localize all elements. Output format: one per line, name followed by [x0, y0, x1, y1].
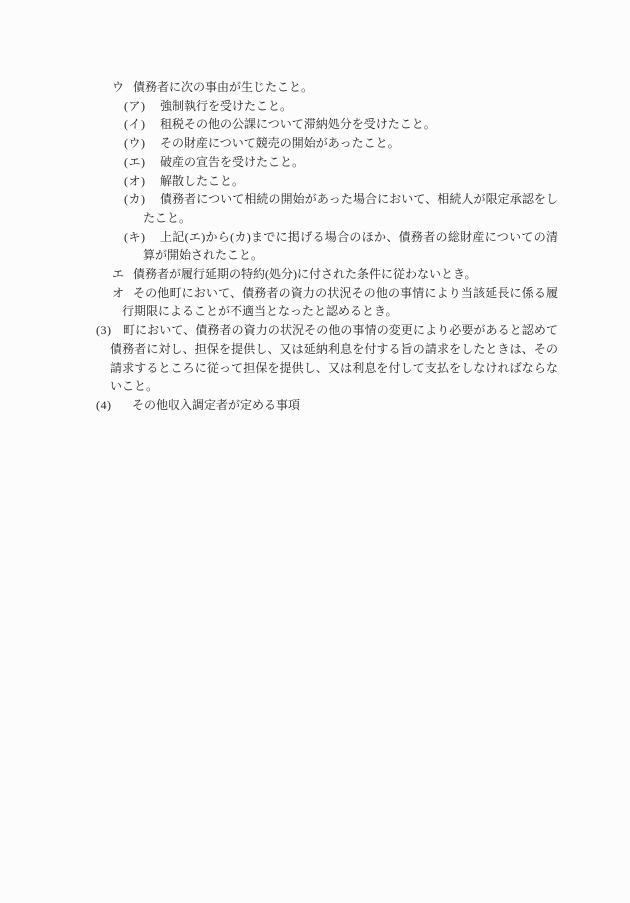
document-line: (4)その他収入調定者が定める事項: [0, 396, 630, 415]
line-label: (ア): [124, 97, 146, 116]
document-line: (エ)破産の宣告を受けたこと。: [0, 153, 630, 172]
line-label: (ウ): [124, 134, 146, 153]
line-text: 租税その他の公課について滞納処分を受けたこと。: [160, 115, 436, 134]
line-text: その財産について競売の開始があったこと。: [160, 134, 400, 153]
line-label: (オ): [124, 172, 146, 191]
line-text: 債務者に対し、担保を提供し、又は延納利息を付する旨の請求をしたときは、その: [110, 340, 558, 359]
line-text: いこと。: [110, 377, 158, 396]
document-line: たこと。: [0, 209, 630, 228]
document-page: ウ債務者に次の事由が生じたこと。(ア)強制執行を受けたこと。(イ)租税その他の公…: [0, 0, 630, 903]
line-text: 行期限によることが不適当となったと認めるとき。: [122, 302, 398, 321]
line-label: (イ): [124, 115, 146, 134]
document-line: (オ)解散したこと。: [0, 172, 630, 191]
document-line: いこと。: [0, 377, 630, 396]
line-text: 債務者について相続の開始があった場合において、相続人が限定承認をし: [160, 190, 558, 209]
document-line: エ債務者が履行延期の特約(処分)に付された条件に従わないとき。: [0, 265, 630, 284]
document-line: ウ債務者に次の事由が生じたこと。: [0, 78, 630, 97]
line-label: (キ): [124, 228, 146, 247]
document-line: 行期限によることが不適当となったと認めるとき。: [0, 302, 630, 321]
document-line: (カ)債務者について相続の開始があった場合において、相続人が限定承認をし: [0, 190, 630, 209]
line-label: (4): [96, 396, 112, 415]
line-text: その他収入調定者が定める事項: [132, 396, 300, 415]
line-text: 町において、債務者の資力の状況その他の事情の変更により必要があると認めて: [123, 321, 558, 340]
document-line: オその他町において、債務者の資力の状況その他の事情により当該延長に係る履: [0, 284, 630, 303]
line-text: 破産の宣告を受けたこと。: [160, 153, 304, 172]
document-line: 請求するところに従って担保を提供し、又は利息を付して支払をしなければならな: [0, 359, 630, 378]
line-label: (カ): [124, 190, 146, 209]
document-line: (ア)強制執行を受けたこと。: [0, 97, 630, 116]
line-text: 請求するところに従って担保を提供し、又は利息を付して支払をしなければならな: [110, 359, 558, 378]
line-label: ウ: [112, 78, 125, 97]
line-text: 債務者に次の事由が生じたこと。: [133, 78, 313, 97]
line-text: 上記(エ)から(カ)までに掲げる場合のほか、債務者の総財産についての清: [160, 228, 558, 247]
line-text: 算が開始されたこと。: [143, 246, 263, 265]
line-text: その他町において、債務者の資力の状況その他の事情により当該延長に係る履: [133, 284, 558, 303]
document-line: 債務者に対し、担保を提供し、又は延納利息を付する旨の請求をしたときは、その: [0, 340, 630, 359]
line-label: オ: [112, 284, 125, 303]
document-line: (キ)上記(エ)から(カ)までに掲げる場合のほか、債務者の総財産についての清: [0, 228, 630, 247]
document-line: (3)町において、債務者の資力の状況その他の事情の変更により必要があると認めて: [0, 321, 630, 340]
line-text: 解散したこと。: [160, 172, 244, 191]
line-label: エ: [112, 265, 125, 284]
line-text: 債務者が履行延期の特約(処分)に付された条件に従わないとき。: [133, 265, 477, 284]
document-line: (イ)租税その他の公課について滞納処分を受けたこと。: [0, 115, 630, 134]
document-line: (ウ)その財産について競売の開始があったこと。: [0, 134, 630, 153]
document-line: 算が開始されたこと。: [0, 246, 630, 265]
line-label: (3): [96, 321, 112, 340]
line-text: たこと。: [143, 209, 191, 228]
line-label: (エ): [124, 153, 146, 172]
line-text: 強制執行を受けたこと。: [160, 97, 292, 116]
